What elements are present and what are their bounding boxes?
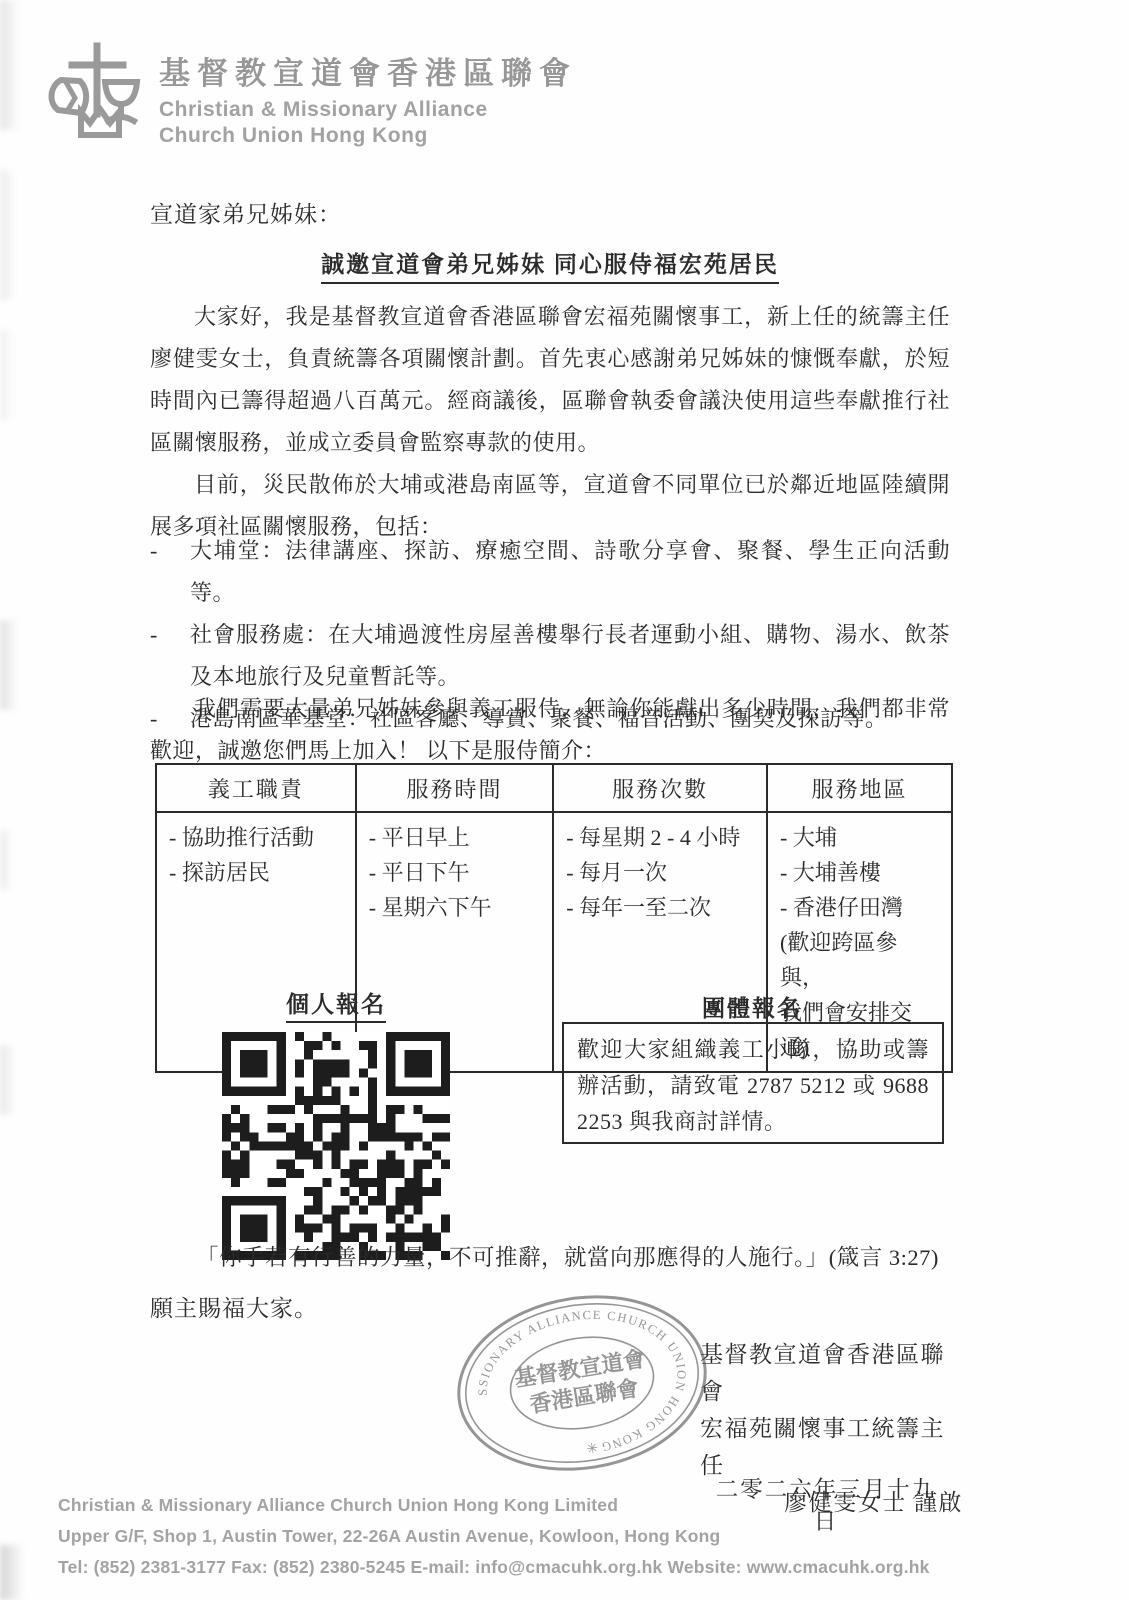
stamp-star: ✳: [586, 1441, 600, 1458]
cell-line: - 每月一次: [566, 855, 756, 890]
cell-line: - 協助推行活動: [169, 820, 345, 855]
bullet-text: 社會服務處：在大埔過渡性房屋善樓舉行長者運動小組、購物、湯水、飲茶及本地旅行及兒…: [190, 614, 950, 698]
org-name-english-line1: Christian & Missionary Alliance: [159, 97, 577, 123]
footer-company: Christian & Missionary Alliance Church U…: [58, 1490, 930, 1521]
cell-line: - 每年一至二次: [566, 890, 756, 925]
individual-signup-title: 個人報名: [222, 986, 450, 1023]
scan-artifact: [0, 0, 20, 130]
bullet-dash: -: [150, 530, 190, 614]
org-name-chinese: 基督教宣道會香港區聯會: [159, 48, 577, 93]
org-name-english: Christian & Missionary Alliance Church U…: [159, 97, 577, 149]
individual-signup-title-text: 個人報名: [286, 986, 386, 1023]
cell-line: - 平日早上: [369, 820, 542, 855]
document-title: 誠邀宣道會弟兄姊妹 同心服侍福宏苑居民: [150, 246, 950, 284]
letter-page: 基督教宣道會香港區聯會 Christian & Missionary Allia…: [0, 0, 1129, 1600]
column-header: 服務時間: [356, 764, 553, 812]
cell-line: - 每星期 2 - 4 小時: [566, 820, 756, 855]
paragraph-intro: 大家好，我是基督教宣道會香港區聯會宏福苑關懷事工，新上任的統籌主任廖健雯女士，負…: [150, 296, 950, 464]
paragraph-invitation: 我們需要大量弟兄姊妹參與義工服侍，無論你能獻出多少時間，我們都非常歡迎，誠邀您們…: [150, 688, 950, 772]
column-header: 義工職責: [156, 764, 356, 812]
group-signup-box: 歡迎大家組織義工小隊，協助或籌辦活動，請致電 2787 5212 或 9688 …: [562, 1022, 944, 1144]
cell-line: - 大埔善樓: [780, 855, 941, 890]
blessing-line: 願主賜福大家。: [150, 1290, 318, 1323]
org-name-english-line2: Church Union Hong Kong: [159, 123, 577, 149]
letterhead: 基督教宣道會香港區聯會 Christian & Missionary Allia…: [45, 42, 577, 149]
scan-artifact: [0, 330, 14, 420]
cell-line: - 香港仔田灣: [780, 890, 941, 925]
scan-artifact: [0, 170, 16, 300]
cell-line: - 大埔: [780, 820, 941, 855]
scan-artifact: [0, 620, 18, 710]
group-signup-title: 團體報名: [562, 990, 942, 1023]
list-item: - 大埔堂：法律講座、探訪、療癒空間、詩歌分享會、聚餐、學生正向活動等。: [150, 530, 950, 614]
church-seal-stamp: CHRISTIAN & MISSIONARY ALLIANCE CHURCH U…: [448, 1292, 716, 1474]
church-logo-icon: [45, 42, 145, 142]
footer: Christian & Missionary Alliance Church U…: [58, 1490, 930, 1583]
column-header: 服務地區: [767, 764, 952, 812]
cell-line: - 平日下午: [369, 855, 542, 890]
letterhead-text: 基督教宣道會香港區聯會 Christian & Missionary Allia…: [159, 42, 577, 149]
salutation: 宣道家弟兄姊妹：: [150, 196, 342, 229]
scripture-quote: 「你手若有行善的力量，不可推辭，就當向那應得的人施行。」(箴言 3:27): [196, 1240, 986, 1272]
closing-org: 基督教宣道會香港區聯會: [700, 1336, 965, 1410]
footer-address: Upper G/F, Shop 1, Austin Tower, 22-26A …: [58, 1521, 930, 1552]
scan-artifact: [0, 1545, 24, 1600]
bullet-text: 大埔堂：法律講座、探訪、療癒空間、詩歌分享會、聚餐、學生正向活動等。: [190, 530, 950, 614]
document-title-text: 誠邀宣道會弟兄姊妹 同心服侍福宏苑居民: [321, 246, 779, 284]
scan-artifact: [0, 830, 14, 890]
bullet-dash: -: [150, 614, 190, 698]
cell-line: - 探訪居民: [169, 855, 345, 890]
column-header: 服務次數: [553, 764, 767, 812]
list-item: - 社會服務處：在大埔過渡性房屋善樓舉行長者運動小組、購物、湯水、飲茶及本地旅行…: [150, 614, 950, 698]
cell-line: - 星期六下午: [369, 890, 542, 925]
cell-line: (歡迎跨區參與，: [780, 925, 941, 995]
table-header-row: 義工職責 服務時間 服務次數 服務地區: [156, 764, 952, 812]
footer-contacts: Tel: (852) 2381-3177 Fax: (852) 2380-524…: [58, 1552, 930, 1583]
scan-artifact: [0, 1045, 16, 1115]
qr-code: [222, 1032, 450, 1260]
